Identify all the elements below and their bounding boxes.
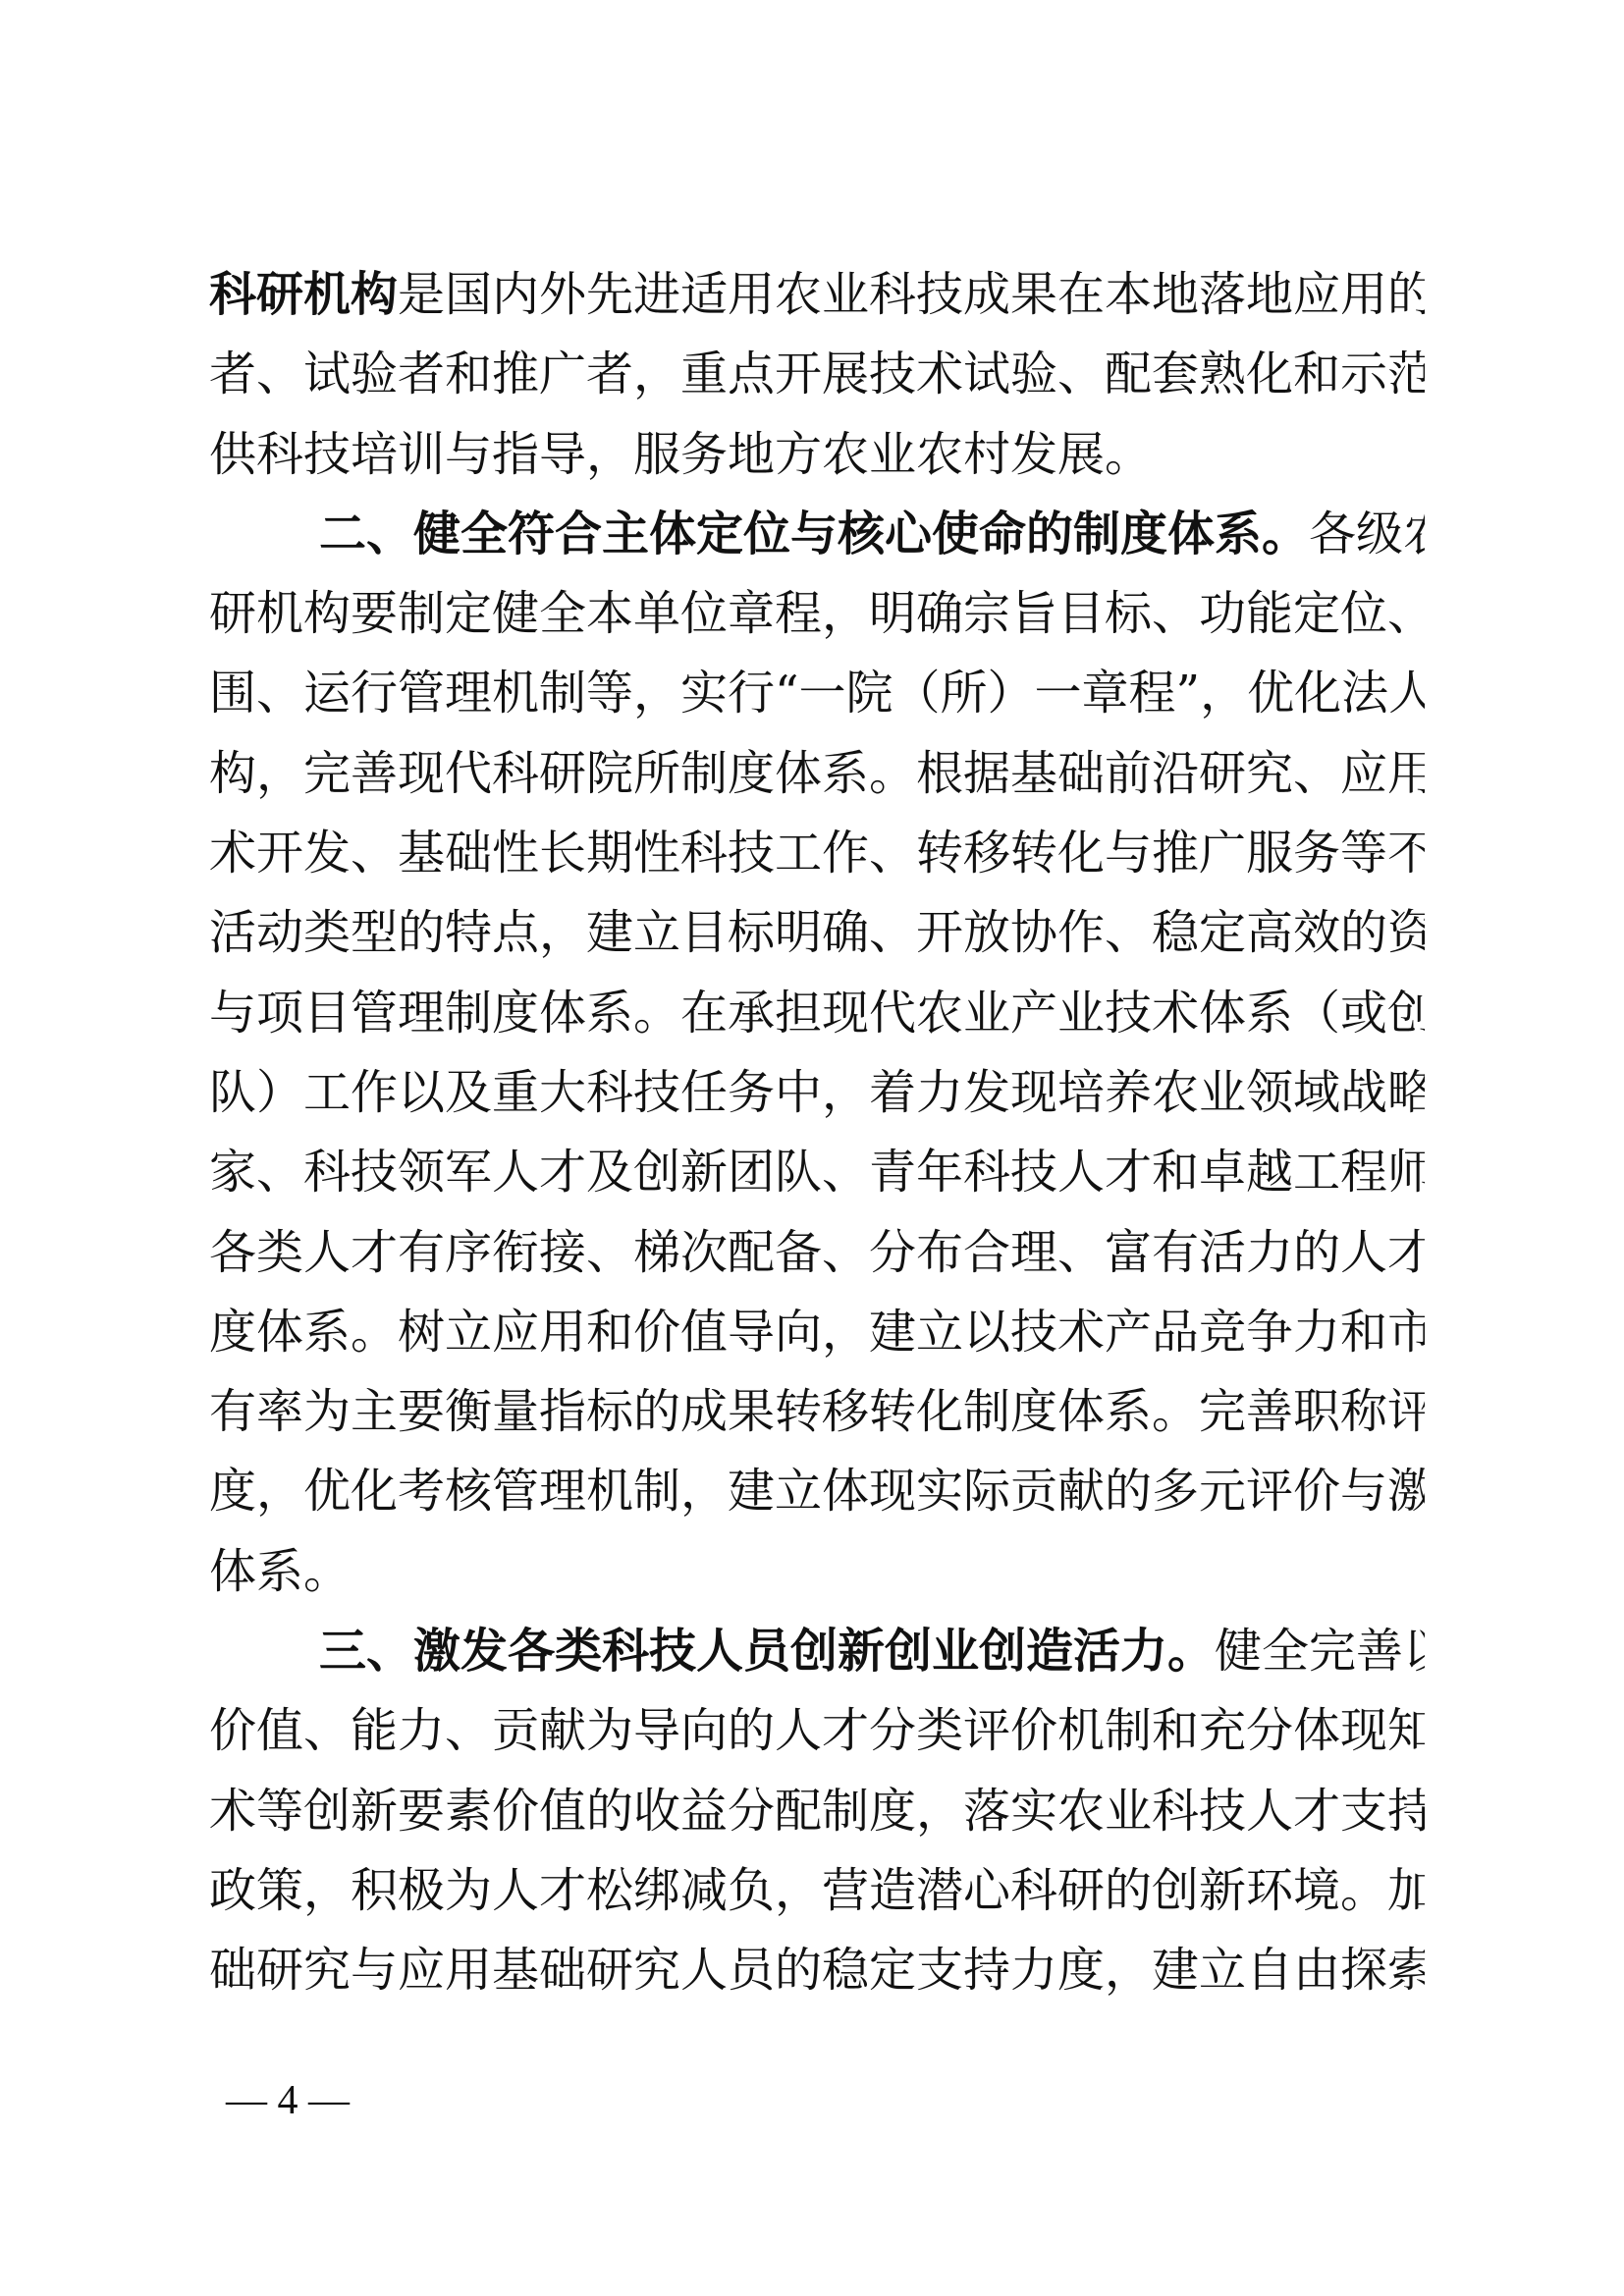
line-text: 是国内外先进适用农业科技成果在本地落地应用的承接 [398,267,1425,322]
text-line: 度，优化考核管理机制，建立体现实际贡献的多元评价与激励制度 [209,1456,1425,1535]
text-line: 构，完善现代科研院所制度体系。根据基础前沿研究、应用研究技 [209,738,1425,818]
text-line: 队）工作以及重大科技任务中，着力发现培养农业领域战略科学 [209,1057,1425,1137]
document-body: 科研机构是国内外先进适用农业科技成果在本地落地应用的承接 者、试验者和推广者，重… [209,259,1425,2015]
line-text: 有率为主要衡量指标的成果转移转化制度体系。完善职称评审制 [209,1384,1425,1439]
text-line: 研机构要制定健全本单位章程，明确宗旨目标、功能定位、业务范 [209,578,1425,658]
line-text: 家、科技领军人才及创新团队、青年科技人才和卓越工程师，建立 [209,1145,1425,1200]
line-text: 价值、能力、贡献为导向的人才分类评价机制和充分体现知识、技 [209,1703,1425,1758]
text-line: 各类人才有序衔接、梯次配备、分布合理、富有活力的人才发展制 [209,1217,1425,1297]
text-line: 政策，积极为人才松绑减负，营造潜心科研的创新环境。加大对基 [209,1855,1425,1935]
line-text: 各类人才有序衔接、梯次配备、分布合理、富有活力的人才发展制 [209,1225,1425,1280]
document-page: 科研机构是国内外先进适用农业科技成果在本地落地应用的承接 者、试验者和推广者，重… [0,0,1624,2296]
section-heading-line: 三、激发各类科技人员创新创业创造活力。健全完善以创新 [209,1616,1425,1695]
line-text: 构，完善现代科研院所制度体系。根据基础前沿研究、应用研究技 [209,746,1425,801]
text-line: 术开发、基础性长期性科技工作、转移转化与推广服务等不同科技 [209,818,1425,897]
text-line: 供科技培训与指导，服务地方农业农村发展。 [209,419,1425,499]
line-text: 政策，积极为人才松绑减负，营造潜心科研的创新环境。加大对基 [209,1863,1425,1918]
text-line: 体系。 [209,1536,1425,1616]
line-text: 活动类型的特点，建立目标明确、开放协作、稳定高效的资源分配 [209,905,1425,960]
page-number: — 4 — [226,2073,350,2128]
text-line: 科研机构是国内外先进适用农业科技成果在本地落地应用的承接 [209,259,1425,339]
line-text: 各级农业科 [1309,507,1425,561]
text-line: 术等创新要素价值的收益分配制度，落实农业科技人才支持激励 [209,1776,1425,1855]
line-text: 度体系。树立应用和价值导向，建立以技术产品竞争力和市场占 [209,1305,1425,1360]
line-text: 围、运行管理机制等，实行“一院（所）一章程”，优化法人治理结 [209,666,1425,721]
bold-lead-term: 科研机构 [209,267,398,322]
section-heading: 三、激发各类科技人员创新创业创造活力。 [319,1624,1215,1679]
line-text: 术开发、基础性长期性科技工作、转移转化与推广服务等不同科技 [209,826,1425,881]
text-line: 度体系。树立应用和价值导向，建立以技术产品竞争力和市场占 [209,1297,1425,1376]
section-heading-line: 二、健全符合主体定位与核心使命的制度体系。各级农业科 [209,499,1425,578]
line-text: 度，优化考核管理机制，建立体现实际贡献的多元评价与激励制度 [209,1464,1425,1519]
text-line: 围、运行管理机制等，实行“一院（所）一章程”，优化法人治理结 [209,658,1425,737]
text-line: 础研究与应用基础研究人员的稳定支持力度，建立自由探索和颠 [209,1935,1425,2014]
line-text: 者、试验者和推广者，重点开展技术试验、配套熟化和示范推广，提 [209,347,1425,401]
text-line: 者、试验者和推广者，重点开展技术试验、配套熟化和示范推广，提 [209,339,1425,418]
line-text: 体系。 [209,1544,351,1599]
text-line: 活动类型的特点，建立目标明确、开放协作、稳定高效的资源分配 [209,897,1425,977]
text-line: 有率为主要衡量指标的成果转移转化制度体系。完善职称评审制 [209,1376,1425,1456]
line-text: 与项目管理制度体系。在承担现代农业产业技术体系（或创新团 [209,986,1425,1041]
section-heading: 二、健全符合主体定位与核心使命的制度体系。 [319,507,1309,561]
text-line: 与项目管理制度体系。在承担现代农业产业技术体系（或创新团 [209,978,1425,1057]
line-text: 础研究与应用基础研究人员的稳定支持力度，建立自由探索和颠 [209,1943,1425,1998]
text-line: 家、科技领军人才及创新团队、青年科技人才和卓越工程师，建立 [209,1137,1425,1216]
line-text: 研机构要制定健全本单位章程，明确宗旨目标、功能定位、业务范 [209,586,1425,641]
line-text: 术等创新要素价值的收益分配制度，落实农业科技人才支持激励 [209,1784,1425,1839]
line-text: 队）工作以及重大科技任务中，着力发现培养农业领域战略科学 [209,1065,1425,1120]
line-text: 健全完善以创新 [1215,1624,1425,1679]
line-text: 供科技培训与指导，服务地方农业农村发展。 [209,427,1152,482]
text-line: 价值、能力、贡献为导向的人才分类评价机制和充分体现知识、技 [209,1695,1425,1775]
